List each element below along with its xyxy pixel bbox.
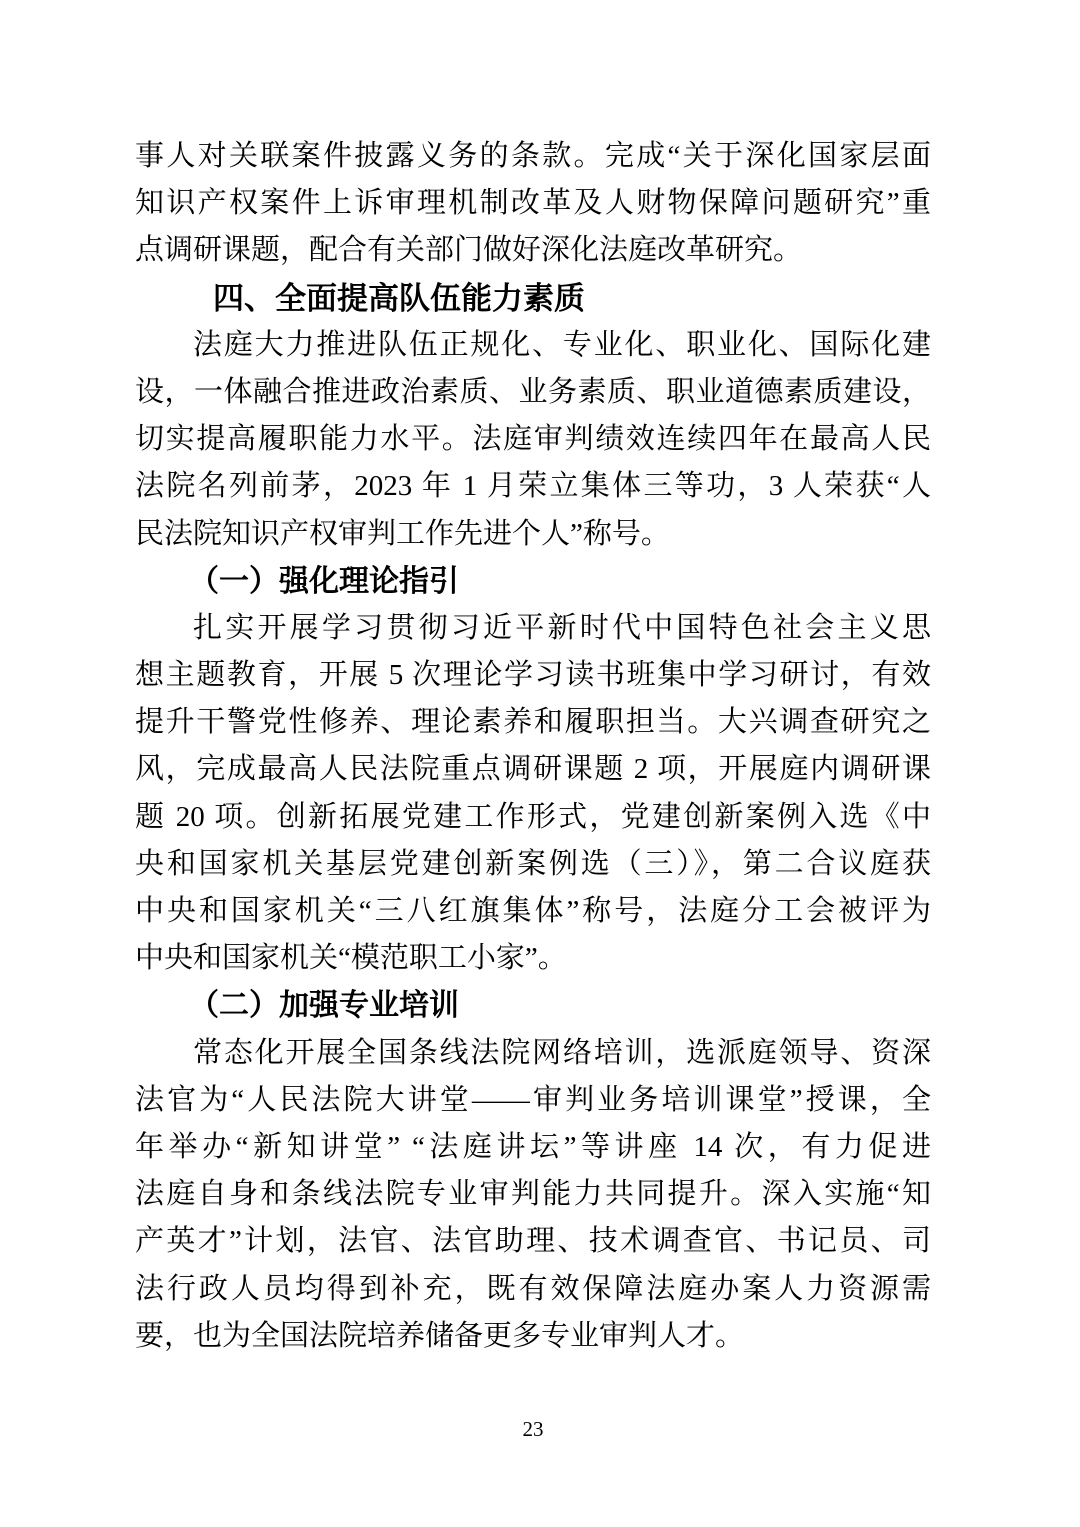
text-line: 想主题教育，开展 5 次理论学习读书班集中学习研讨，有效 [135,652,931,699]
document-page: 事人对关联案件披露义务的条款。完成“关于深化国家层面知识产权案件上诉审理机制改革… [0,0,1080,1527]
page-number: 23 [135,1416,931,1442]
text-line: 切实提高履职能力水平。法庭审判绩效连续四年在最高人民 [135,416,931,463]
text-line: 中央和国家机关“模范职工小家”。 [135,935,931,982]
text-line: 法官为“人民法院大讲堂——审判业务培训课堂”授课，全 [135,1077,931,1124]
text-line: 中央和国家机关“三八红旗集体”称号，法庭分工会被评为 [135,888,931,935]
subsection-heading: （一）强化理论指引 [135,558,931,605]
document-body: 事人对关联案件披露义务的条款。完成“关于深化国家层面知识产权案件上诉审理机制改革… [135,133,931,1360]
text-line: 法院名列前茅，2023 年 1 月荣立集体三等功，3 人荣获“人 [135,463,931,510]
text-line: 事人对关联案件披露义务的条款。完成“关于深化国家层面 [135,133,931,180]
text-line: 扎实开展学习贯彻习近平新时代中国特色社会主义思 [135,605,931,652]
text-line: 民法院知识产权审判工作先进个人”称号。 [135,511,931,558]
text-line: 知识产权案件上诉审理机制改革及人财物保障问题研究”重 [135,180,931,227]
section-heading: 四、全面提高队伍能力素质 [135,275,931,322]
text-line: 央和国家机关基层党建创新案例选（三）》，第二合议庭获 [135,841,931,888]
text-line: 常态化开展全国条线法院网络培训，选派庭领导、资深 [135,1030,931,1077]
text-line: 法庭自身和条线法院专业审判能力共同提升。深入实施“知 [135,1171,931,1218]
text-line: 法庭大力推进队伍正规化、专业化、职业化、国际化建 [135,322,931,369]
text-line: 产英才”计划，法官、法官助理、技术调查官、书记员、司 [135,1218,931,1265]
text-line: 法行政人员均得到补充，既有效保障法庭办案人力资源需 [135,1266,931,1313]
text-line: 风，完成最高人民法院重点调研课题 2 项，开展庭内调研课 [135,746,931,793]
text-line: 点调研课题，配合有关部门做好深化法庭改革研究。 [135,227,931,274]
text-line: 题 20 项。创新拓展党建工作形式，党建创新案例入选《中 [135,794,931,841]
text-line: 年举办“新知讲堂” “法庭讲坛”等讲座 14 次，有力促进 [135,1124,931,1171]
text-line: 设，一体融合推进政治素质、业务素质、职业道德素质建设， [135,369,931,416]
text-line: 提升干警党性修养、理论素养和履职担当。大兴调查研究之 [135,699,931,746]
subsection-heading: （二）加强专业培训 [135,982,931,1029]
text-line: 要，也为全国法院培养储备更多专业审判人才。 [135,1313,931,1360]
